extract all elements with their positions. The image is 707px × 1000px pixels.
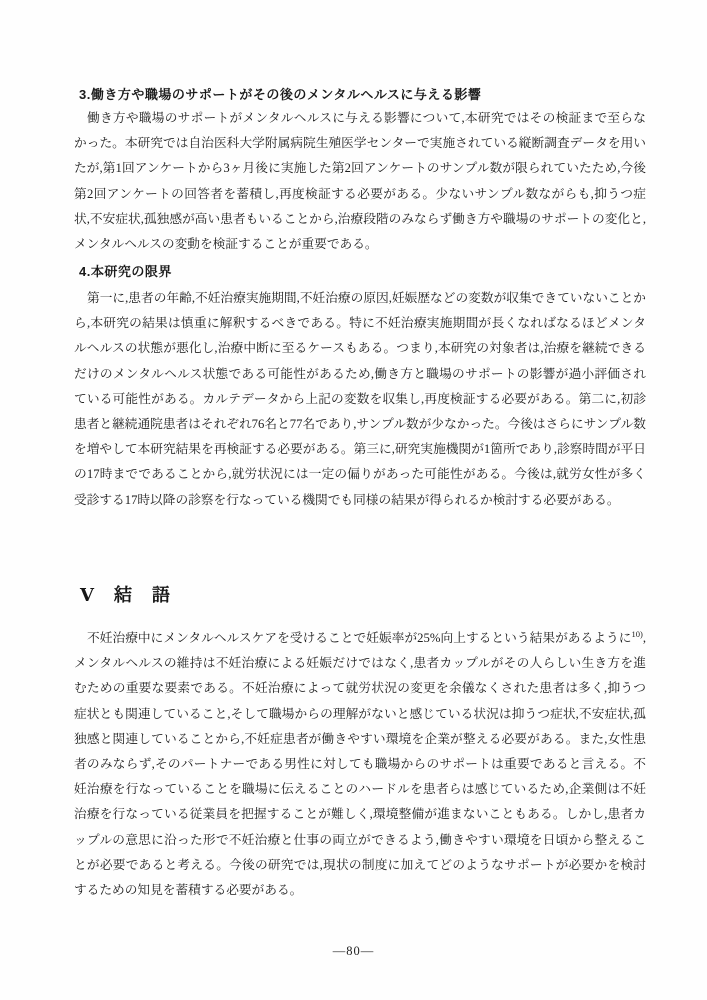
section-3-paragraph: 働き方や職場のサポートがメンタルヘルスに与える影響について,本研究ではその検証ま… [74,106,646,257]
section-5-conclusion-paragraph: 不妊治療中にメンタルヘルスケアを受けることで妊娠率が25%向上するという結果があ… [74,626,646,903]
section-4-heading: 4.本研究の限界 [79,264,172,280]
conclusion-text-before-citation: 不妊治療中にメンタルヘルスケアを受けることで妊娠率が25%向上するという結果があ… [87,631,631,645]
citation-superscript: 10) [631,629,642,639]
page-number: —80— [0,944,707,959]
document-page: 3.働き方や職場のサポートがその後のメンタルヘルスに与える影響 働き方や職場のサ… [0,0,707,1000]
section-3-heading: 3.働き方や職場のサポートがその後のメンタルヘルスに与える影響 [79,87,481,103]
conclusion-text-after-citation: ,メンタルヘルスの維持は不妊治療による妊娠だけではなく,患者カップルがその人らし… [74,631,646,897]
section-4-paragraph: 第一に,患者の年齢,不妊治療実施期間,不妊治療の原因,妊娠歴などの変数が収集でき… [74,286,646,513]
section-5-conclusion-heading: Ⅴ 結 語 [80,585,171,606]
